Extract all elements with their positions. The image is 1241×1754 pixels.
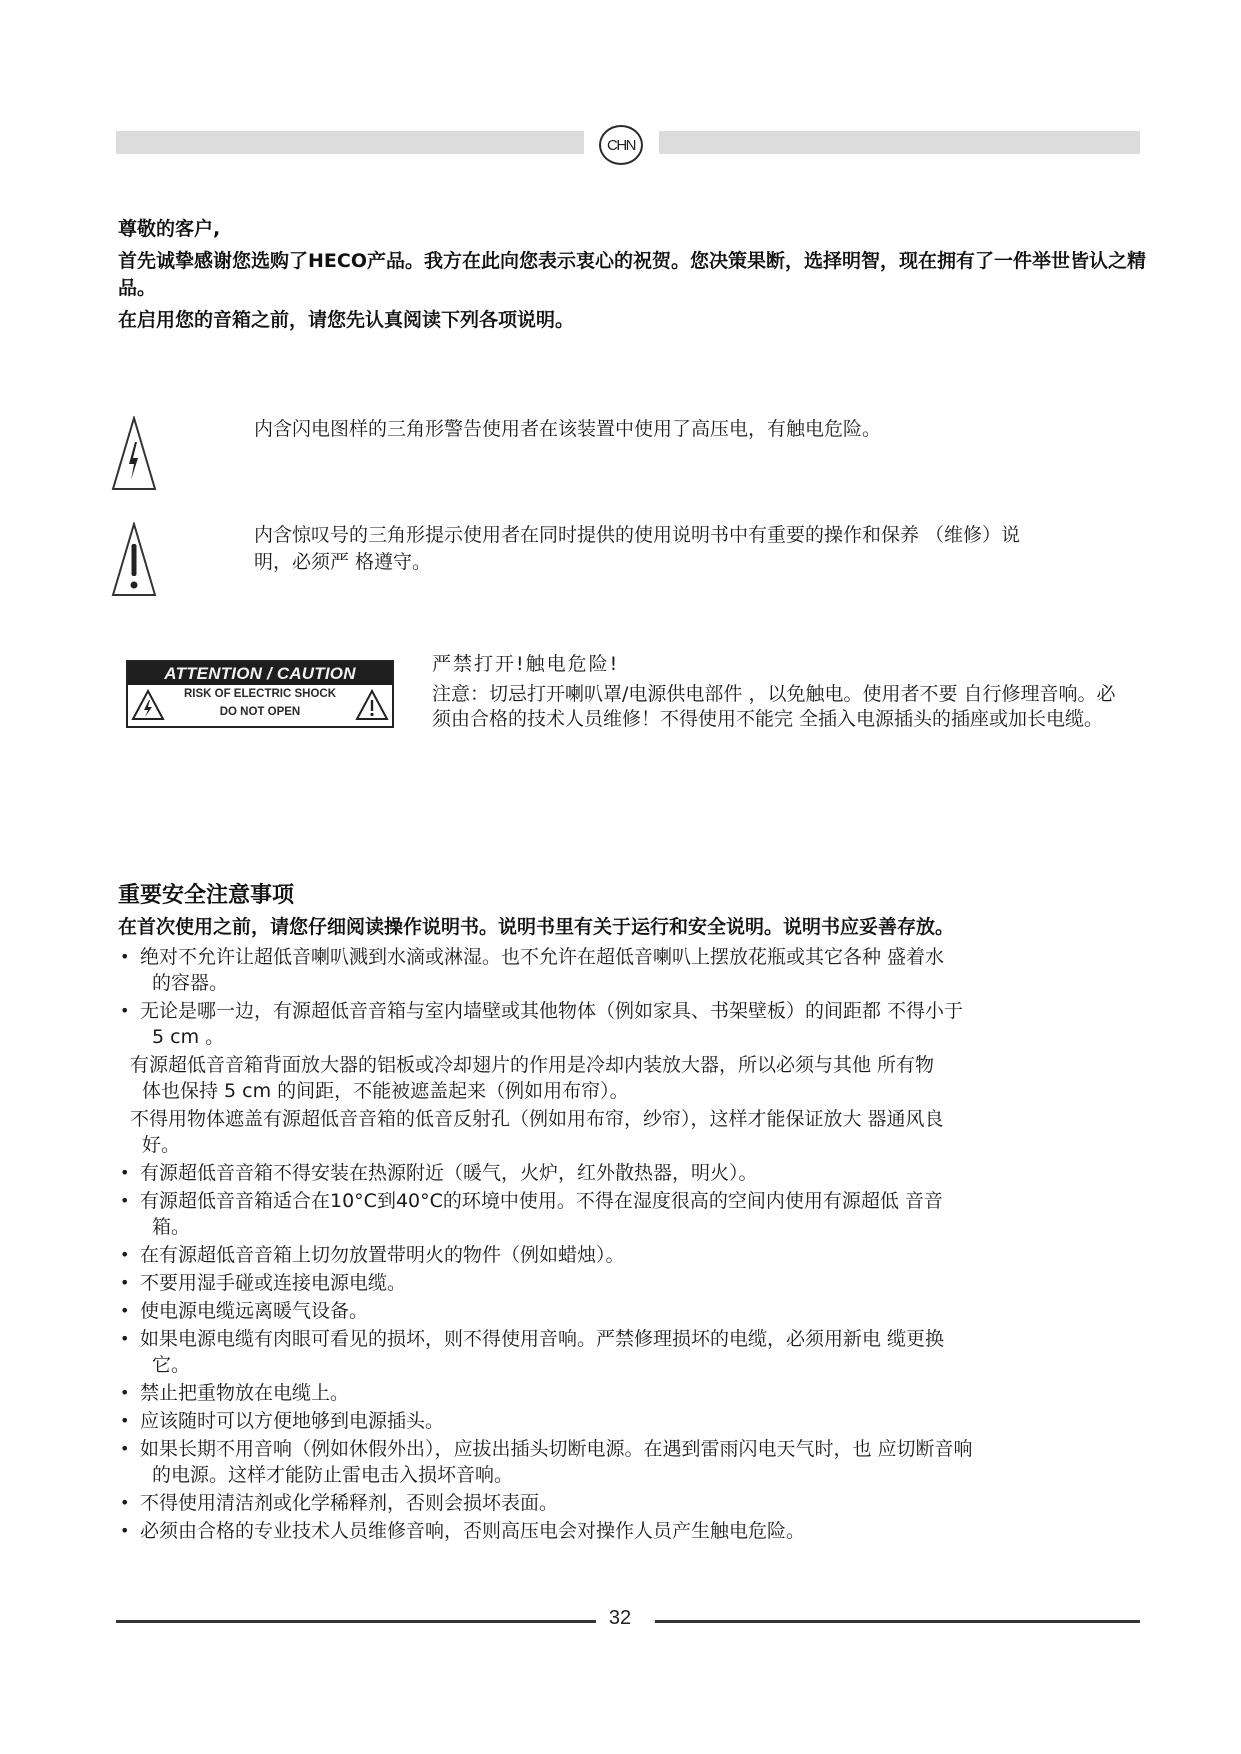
greeting: 尊敬的客户,: [118, 216, 1148, 243]
list-item: •不要用湿手碰或连接电源电缆。: [118, 1270, 1148, 1296]
caution-body: 注意：切忌打开喇叭罩/电源供电部件 ，以免触电。使用者不要 自行修理音响。必须由…: [432, 682, 1132, 732]
bullet: •: [120, 1490, 129, 1516]
caution-title: 严禁打开!触电危险!: [432, 650, 1132, 678]
header-bar-left: [116, 131, 584, 154]
list-item: •使电源电缆远离暖气设备。: [118, 1298, 1148, 1324]
list-item: 不得用物体遮盖有源超低音音箱的低音反射孔（例如用布帘，纱帘），这样才能保证放大 …: [118, 1106, 1148, 1158]
list-item: •无论是哪一边，有源超低音音箱与室内墙壁或其他物体（例如家具、书架壁板）的间距都…: [118, 998, 1148, 1050]
caution-label-title: ATTENTION / CAUTION: [128, 662, 392, 685]
list-item: •应该随时可以方便地够到电源插头。: [118, 1408, 1148, 1434]
thanks-paragraph: 首先诚挚感谢您选购了HECO产品。我方在此向您表示衷心的祝贺。您决策果断，选择明…: [118, 248, 1148, 302]
exclamation-symbol-description: 内含惊叹号的三角形提示使用者在同时提供的使用说明书中有重要的操作和保养 （维修）…: [254, 522, 1034, 576]
list-item: 有源超低音音箱背面放大器的铝板或冷却翅片的作用是冷却内装放大器，所以必须与其他 …: [118, 1052, 1148, 1104]
bullet: •: [120, 1518, 129, 1544]
bullet: •: [120, 1160, 129, 1186]
exclamation-warning-triangle-icon: [111, 522, 155, 602]
header-bar-right: [659, 131, 1140, 154]
bullet: •: [120, 1270, 129, 1296]
caution-label: ATTENTION / CAUTION RISK OF ELECTRIC SHO…: [126, 660, 394, 728]
bullet: •: [120, 1380, 129, 1406]
bullet: •: [120, 1242, 129, 1268]
bullet: •: [120, 1326, 129, 1352]
footer-rule-right: [655, 1620, 1140, 1623]
caution-label-line2: DO NOT OPEN: [128, 706, 392, 718]
lightning-warning-triangle-icon: [111, 416, 155, 496]
footer-rule-left: [116, 1620, 596, 1623]
list-item: •如果长期不用音响（例如休假外出），应拔出插头切断电源。在遇到雷雨闪电天气时，也…: [118, 1436, 1148, 1488]
lightning-symbol-description: 内含闪电图样的三角形警告使用者在该装置中使用了高压电，有触电危险。: [254, 416, 1114, 443]
exclamation-icon: [355, 689, 389, 725]
bullet: •: [120, 1408, 129, 1434]
list-item: •有源超低音音箱不得安装在热源附近（暖气，火炉，红外散热器，明火）。: [118, 1160, 1148, 1186]
language-badge: CHN: [599, 125, 643, 165]
list-item: •有源超低音音箱适合在10°C到40°C的环境中使用。不得在湿度很高的空间内使用…: [118, 1188, 1148, 1240]
list-item: •如果电源电缆有肉眼可看见的损坏，则不得使用音响。严禁修理损坏的电缆，必须用新电…: [118, 1326, 1148, 1378]
bullet: •: [120, 944, 129, 970]
section-title: 重要安全注意事项: [118, 878, 294, 909]
page-number: 32: [600, 1607, 640, 1630]
read-first-paragraph: 在启用您的音箱之前，请您先认真阅读下列各项说明。: [118, 307, 1148, 334]
list-item: •绝对不允许让超低音喇叭溅到水滴或淋湿。也不允许在超低音喇叭上摆放花瓶或其它各种…: [118, 944, 1148, 996]
list-item: •不得使用清洁剂或化学稀释剂，否则会损坏表面。: [118, 1490, 1148, 1516]
caution-description: 严禁打开!触电危险! 注意：切忌打开喇叭罩/电源供电部件 ，以免触电。使用者不要…: [432, 650, 1132, 732]
list-item: •必须由合格的专业技术人员维修音响，否则高压电会对操作人员产生触电危险。: [118, 1518, 1148, 1544]
list-item: •禁止把重物放在电缆上。: [118, 1380, 1148, 1406]
bullet: •: [120, 1188, 129, 1214]
section-subtitle: 在首次使用之前，请您仔细阅读操作说明书。说明书里有关于运行和安全说明。说明书应妥…: [118, 912, 954, 939]
bullet: •: [120, 1298, 129, 1324]
safety-list: •绝对不允许让超低音喇叭溅到水滴或淋湿。也不允许在超低音喇叭上摆放花瓶或其它各种…: [118, 944, 1148, 1546]
list-item: •在有源超低音音箱上切勿放置带明火的物件（例如蜡烛）。: [118, 1242, 1148, 1268]
caution-label-line1: RISK OF ELECTRIC SHOCK: [128, 688, 392, 700]
bullet: •: [120, 1436, 129, 1462]
bullet: •: [120, 998, 129, 1024]
intro-section: 尊敬的客户, 首先诚挚感谢您选购了HECO产品。我方在此向您表示衷心的祝贺。您决…: [118, 216, 1148, 334]
